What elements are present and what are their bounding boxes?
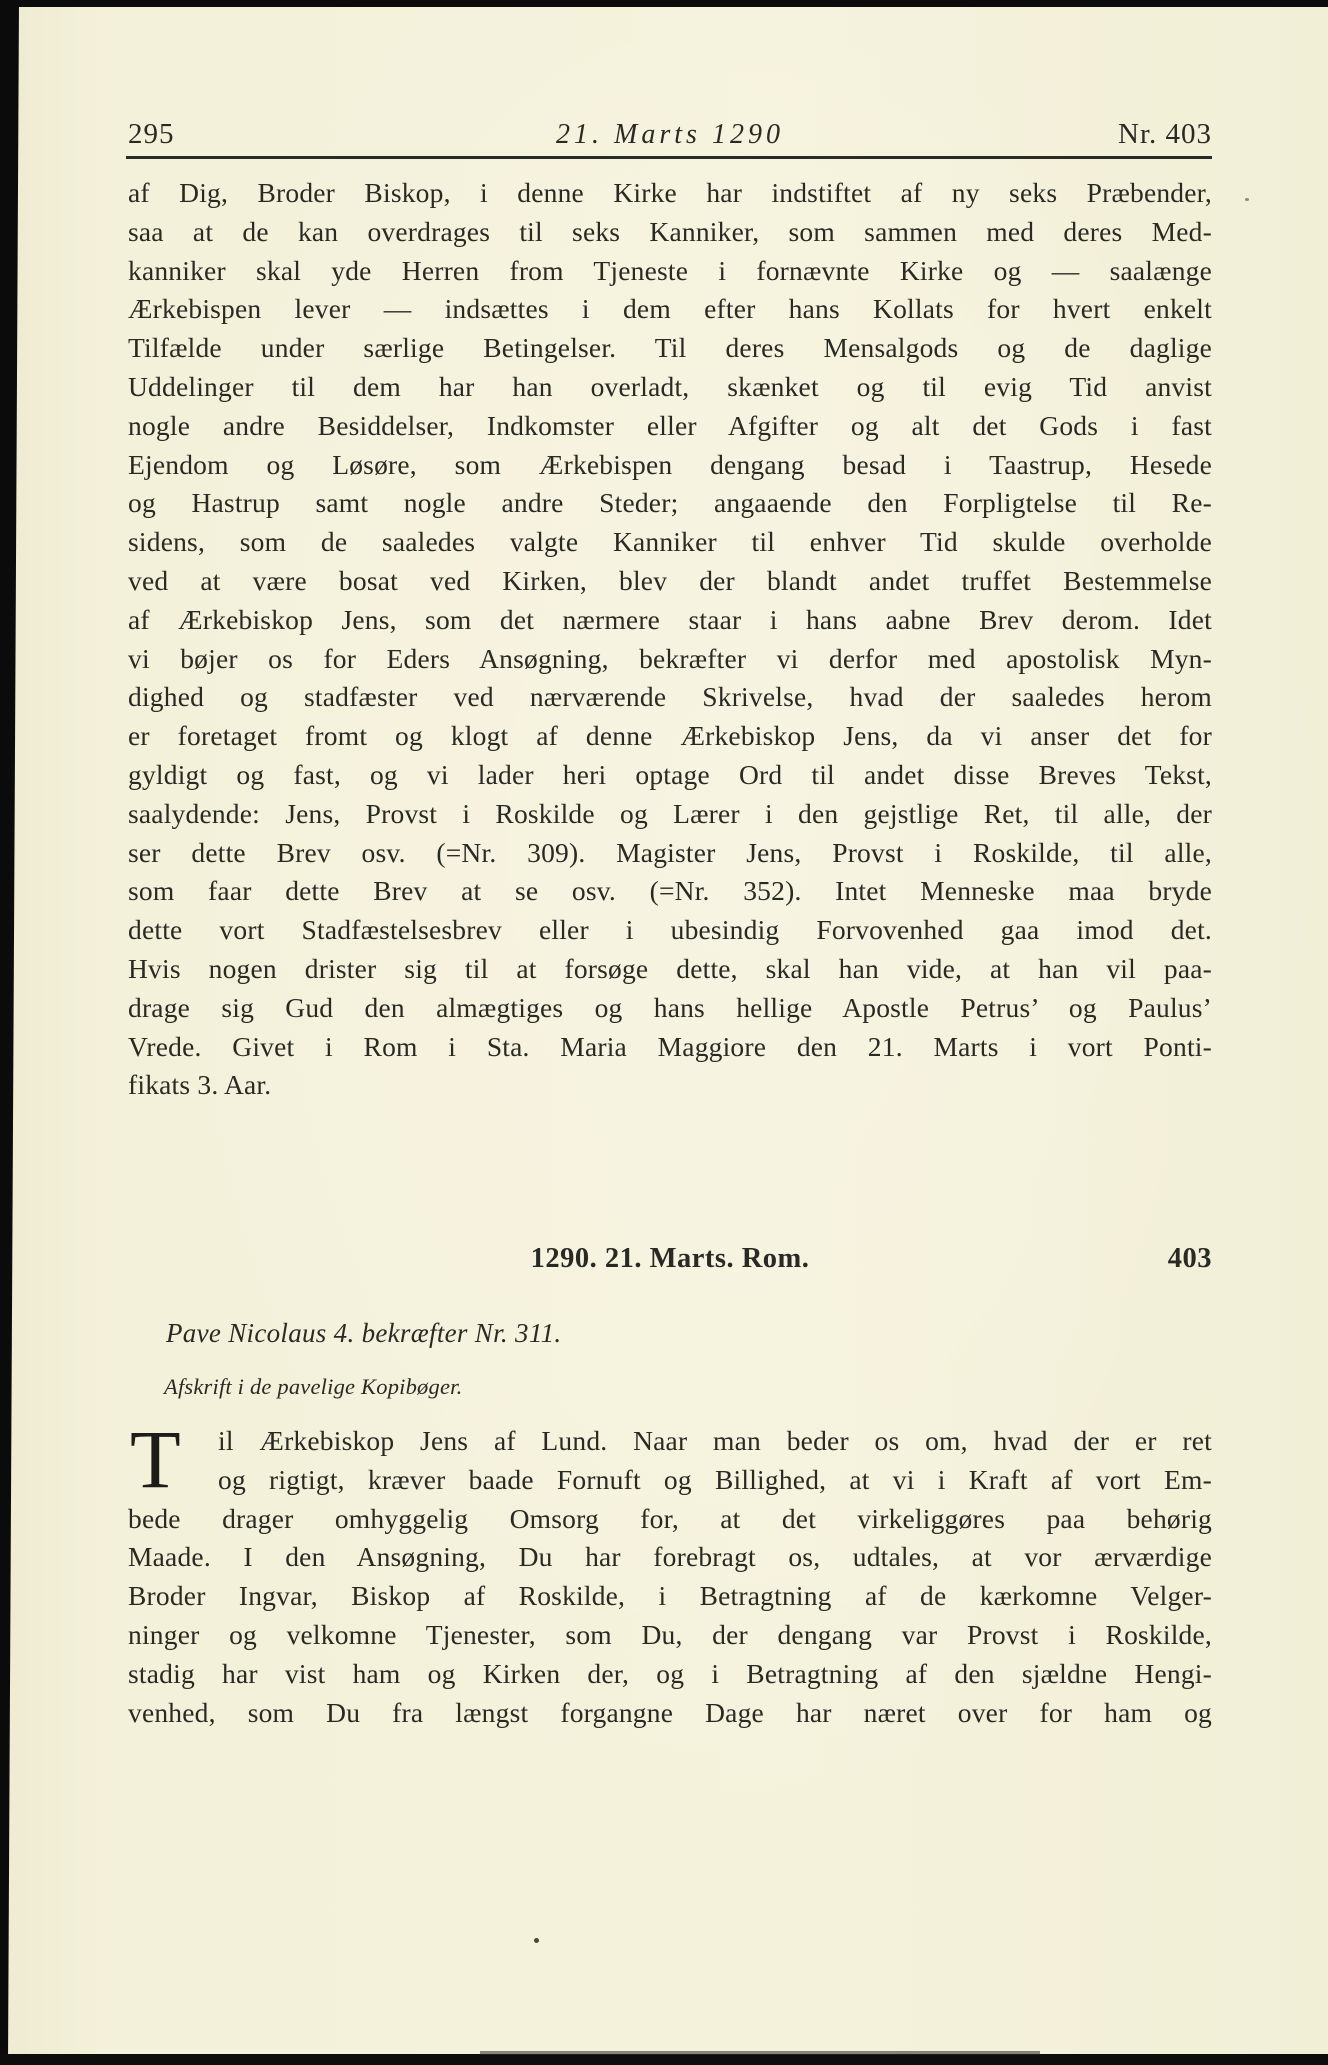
text-line: ninger og velkomne Tjenester, som Du, de…: [128, 1616, 1212, 1655]
text-line: af Dig, Broder Biskop, i denne Kirke har…: [128, 174, 1212, 213]
text-line: kanniker skal yde Herren from Tjeneste i…: [128, 252, 1212, 291]
regest-line: Pave Nicolaus 4. bekræfter Nr. 311.: [128, 1318, 1212, 1349]
text-line: dette vort Stadfæstelsesbrev eller i ube…: [128, 911, 1212, 950]
text-line: Tilfælde under særlige Betingelser. Til …: [128, 329, 1212, 368]
text-line: bede drager omhyggelig Omsorg for, at de…: [128, 1500, 1212, 1539]
text-line: som faar dette Brev at se osv. (=Nr. 352…: [128, 872, 1212, 911]
text-line: og rigtigt, kræver baade Fornuft og Bill…: [128, 1461, 1212, 1500]
scan-edge-left: [0, 0, 19, 2065]
text-line: stadig har vist ham og Kirken der, og i …: [128, 1655, 1212, 1694]
text-line: ved at være bosat ved Kirken, blev der b…: [128, 562, 1212, 601]
paper-speck: [1245, 198, 1249, 201]
page-number: 295: [128, 118, 308, 151]
entry-403-text: T il Ærkebiskop Jens af Lund. Naar man b…: [128, 1422, 1212, 1732]
text-line: fikats 3. Aar.: [128, 1066, 1212, 1105]
text-line: dighed og stadfæster ved nærværende Skri…: [128, 678, 1212, 717]
text-line: og Hastrup samt nogle andre Steder; anga…: [128, 484, 1212, 523]
running-title: 21. Marts 1290: [308, 119, 1032, 151]
text-line: Vrede. Givet i Rom i Sta. Maria Maggiore…: [128, 1028, 1212, 1067]
source-note: Afskrift i de pavelige Kopibøger.: [128, 1374, 1212, 1400]
document-number: Nr. 403: [1032, 118, 1212, 151]
text-line: saalydende: Jens, Provst i Roskilde og L…: [128, 795, 1212, 834]
text-line: sidens, som de saaledes valgte Kanniker …: [128, 523, 1212, 562]
text-line: drage sig Gud den almægtiges og hans hel…: [128, 989, 1212, 1028]
text-line: Uddelinger til dem har han overladt, skæ…: [128, 368, 1212, 407]
text-line: il Ærkebiskop Jens af Lund. Naar man bed…: [128, 1422, 1212, 1461]
entry-heading-date: 1290. 21. Marts. Rom.: [531, 1243, 810, 1274]
paper-speck: [534, 1938, 539, 1943]
document-403-text: af Dig, Broder Biskop, i denne Kirke har…: [128, 174, 1212, 1105]
entry-heading-number: 403: [1168, 1243, 1212, 1275]
scanned-book-page: 295 21. Marts 1290 Nr. 403 af Dig, Brode…: [0, 0, 1328, 2065]
text-line: Hvis nogen drister sig til at forsøge de…: [128, 950, 1212, 989]
text-line: er foretaget fromt og klogt af denne Ærk…: [128, 717, 1212, 756]
text-line: Ejendom og Løsøre, som Ærkebispen dengan…: [128, 446, 1212, 485]
text-line: Ærkebispen lever — indsættes i dem efter…: [128, 290, 1212, 329]
drop-cap-initial: T: [130, 1420, 181, 1498]
text-line: Maade. I den Ansøgning, Du har forebragt…: [128, 1538, 1212, 1577]
scan-edge-top: [0, 0, 1328, 7]
text-line: saa at de kan overdrages til seks Kannik…: [128, 213, 1212, 252]
text-line: nogle andre Besiddelser, Indkomster elle…: [128, 407, 1212, 446]
text-line: af Ærkebiskop Jens, som det nærmere staa…: [128, 601, 1212, 640]
entry-heading: 1290. 21. Marts. Rom. 403: [128, 1243, 1212, 1275]
scan-edge-bottom: [0, 2054, 1328, 2065]
text-line: gyldigt og fast, og vi lader heri optage…: [128, 756, 1212, 795]
header-rule: [126, 156, 1212, 159]
text-line: venhed, som Du fra længst forgangne Dage…: [128, 1694, 1212, 1733]
text-line: vi bøjer os for Eders Ansøgning, bekræft…: [128, 640, 1212, 679]
text-line: ser dette Brev osv. (=Nr. 309). Magister…: [128, 834, 1212, 873]
running-header: 295 21. Marts 1290 Nr. 403: [128, 118, 1212, 152]
text-line: Broder Ingvar, Biskop af Roskilde, i Bet…: [128, 1577, 1212, 1616]
